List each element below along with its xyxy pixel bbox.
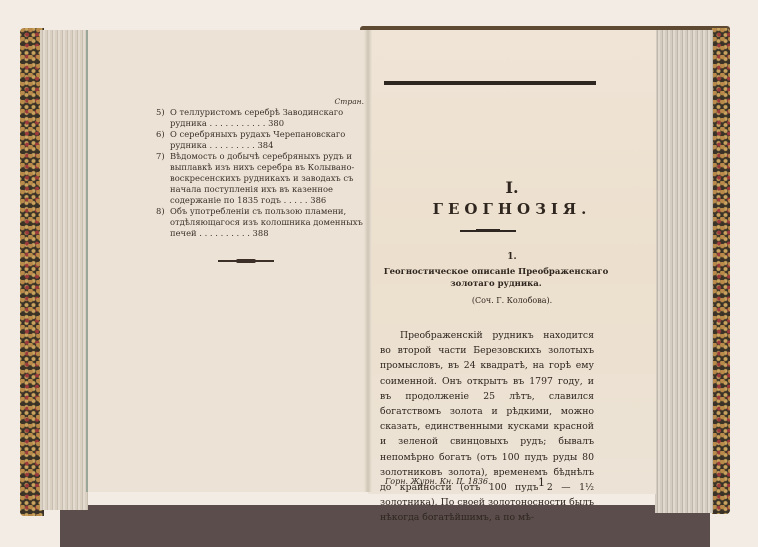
toc-item: 8) Объ употребленіи съ пользою пламени, … [156,206,368,239]
toc-number: 8) [156,206,170,239]
table-of-contents: Стран. 5) О теллуристомъ серебрѣ Заводин… [156,96,368,239]
toc-page: 384 [257,140,273,150]
toc-header: Стран. [156,96,368,107]
body-text: Преображенскій рудникъ находится во втор… [380,328,594,526]
toc-page: 386 [310,195,326,205]
toc-text: Вѣдомость о добычѣ серебряныхъ рудъ и вы… [170,151,354,205]
body-paragraph: Преображенскій рудникъ находится во втор… [380,328,594,526]
toc-item: 7) Вѣдомость о добычѣ серебряныхъ рудъ и… [156,151,368,206]
section-title: ГЕОГНОЗІЯ. [368,200,656,218]
article-title: Геогностическое описаніе Преображенскаго… [380,266,612,290]
toc-page: 380 [268,118,284,128]
toc-text: О теллуристомъ серебрѣ Заводинскаго рудн… [170,107,343,128]
book-cover-right [712,28,730,514]
article-number: 1. [368,252,656,262]
toc-item: 6) О серебряныхъ рудахъ Черепановскаго р… [156,129,368,151]
page-edges-right [655,30,713,513]
toc-number: 5) [156,107,170,129]
ornament-divider [218,260,274,262]
page-number: 1 [538,476,545,489]
footer-source: Горн. Журн. Кн. II. 1836. [385,477,491,486]
header-rule [384,81,596,85]
part-number: I. [368,178,656,197]
toc-number: 6) [156,129,170,151]
ornament-divider [460,230,516,232]
page-edges-left [40,30,88,510]
toc-number: 7) [156,151,170,206]
toc-item: 5) О теллуристомъ серебрѣ Заводинскаго р… [156,107,368,129]
article-author: (Соч. Г. Колобова). [368,296,656,305]
toc-page: 388 [253,228,269,238]
